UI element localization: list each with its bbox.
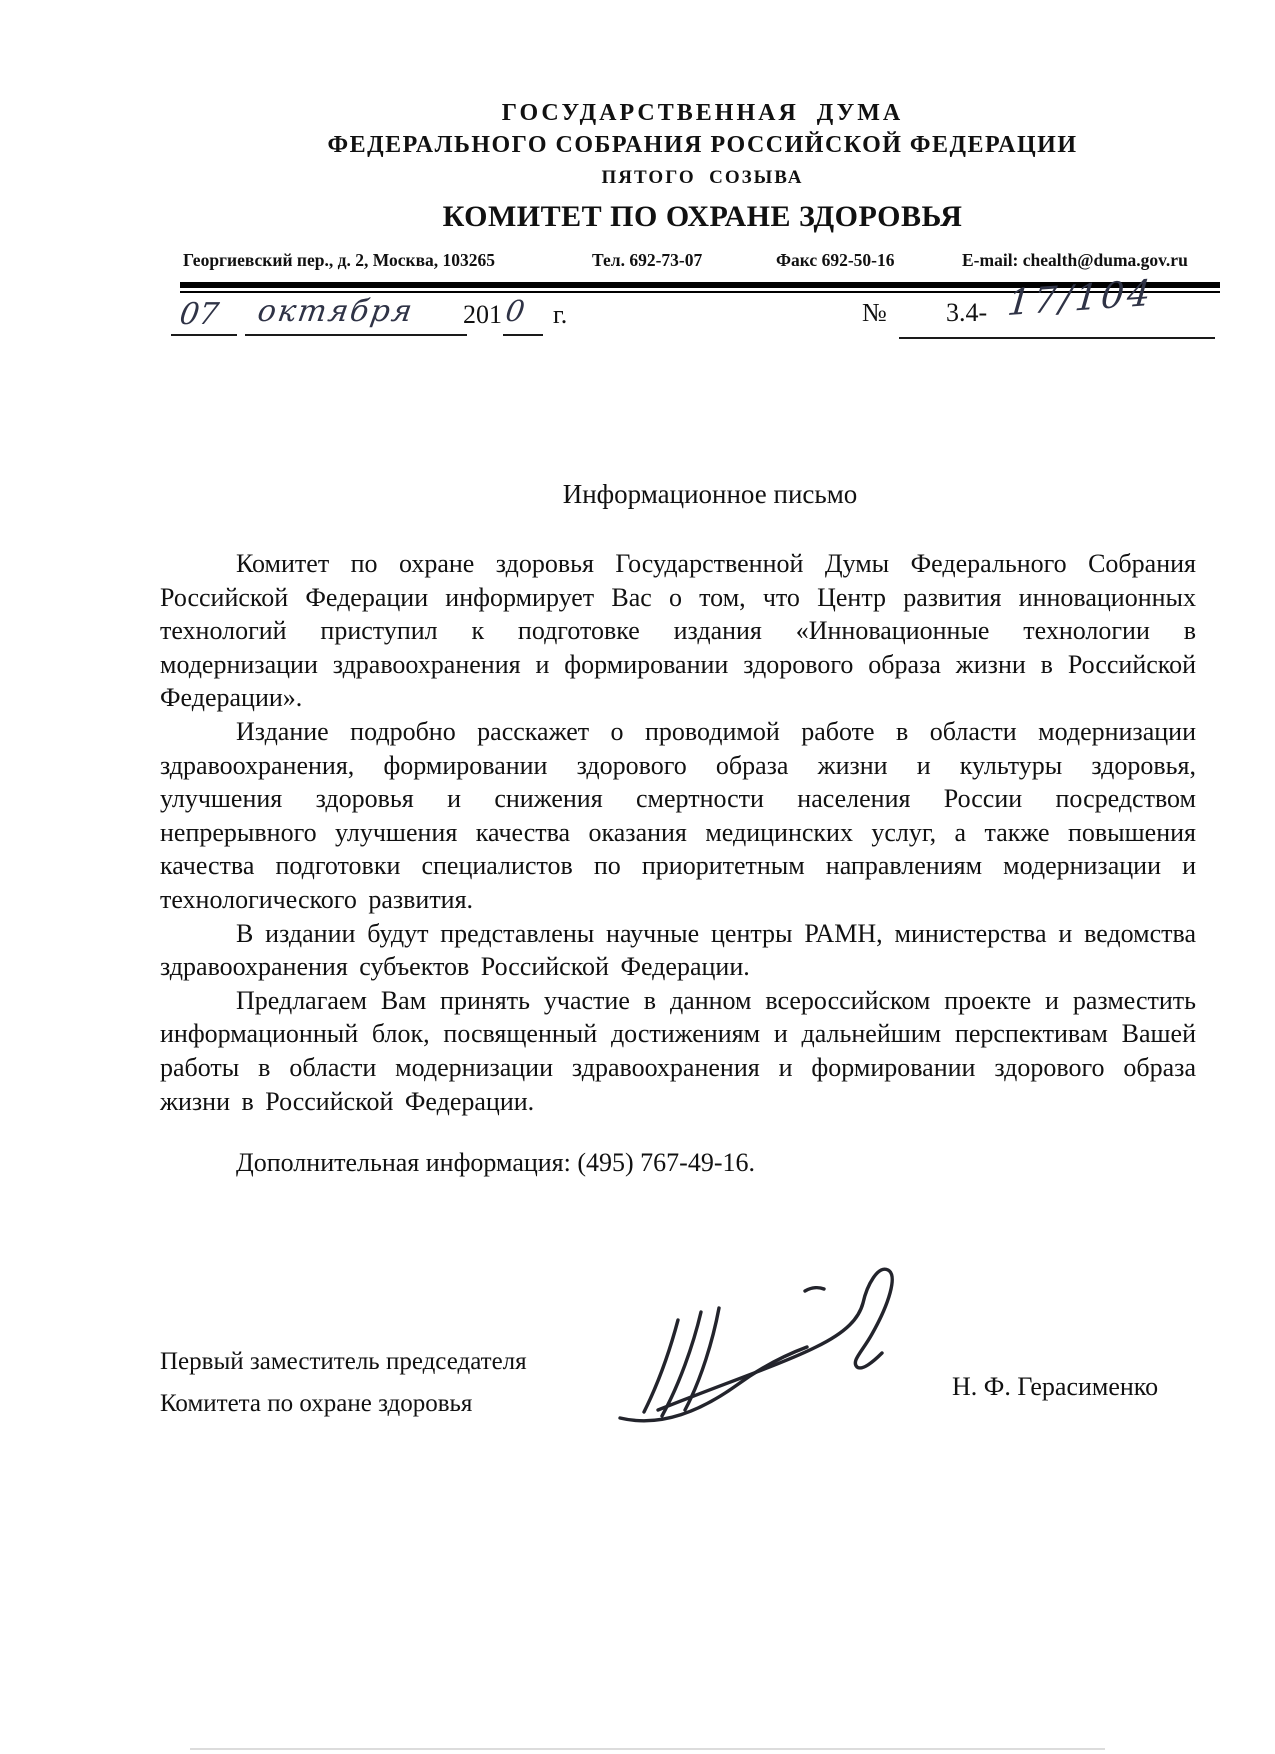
scan-artifact-line — [190, 1748, 1105, 1750]
handwritten-date-month: октября — [255, 294, 416, 329]
number-printed-prefix: 3.4- — [946, 298, 987, 328]
date-underline-year — [503, 334, 543, 336]
letterhead-email: E-mail: chealth@duma.gov.ru — [962, 250, 1188, 271]
signer-position-line1: Первый заместитель председателя — [160, 1348, 527, 1376]
date-underline-day — [171, 334, 237, 336]
number-underline — [899, 337, 1215, 339]
letterhead-fax: Факс 692-50-16 — [776, 250, 894, 271]
year-suffix: г. — [553, 300, 567, 330]
printed-year-prefix: 201 — [463, 300, 502, 330]
convocation-line: ПЯТОГО СОЗЫВА — [165, 167, 1240, 189]
handwritten-year-digit: 0 — [503, 294, 527, 328]
letterhead-address: Георгиевский пер., д. 2, Москва, 103265 — [183, 250, 495, 271]
paragraph-4: Предлагаем Вам принять участие в данном … — [160, 984, 1196, 1118]
org-name-line1: ГОСУДАРСТВЕННАЯ ДУМА — [165, 100, 1240, 127]
number-sign: № — [862, 298, 887, 328]
paragraph-2: Издание подробно расскажет о проводимой … — [160, 715, 1196, 917]
letter-body: Комитет по охране здоровья Государственн… — [160, 547, 1196, 1118]
handwritten-outgoing-number: 17/104 — [1006, 273, 1156, 324]
letter-title: Информационное письмо — [165, 479, 1255, 510]
signer-name: Н. Ф. Герасименко — [952, 1372, 1158, 1402]
scanned-letter-page: ГОСУДАРСТВЕННАЯ ДУМА ФЕДЕРАЛЬНОГО СОБРАН… — [0, 0, 1275, 1754]
letterhead-phone: Тел. 692-73-07 — [592, 250, 702, 271]
paragraph-3: В издании будут представлены научные цен… — [160, 917, 1196, 984]
handwritten-signature-icon — [600, 1258, 970, 1428]
committee-name: КОМИТЕТ ПО ОХРАНЕ ЗДОРОВЬЯ — [165, 200, 1240, 234]
signer-position-line2: Комитета по охране здоровья — [160, 1390, 472, 1418]
contact-note: Дополнительная информация: (495) 767-49-… — [160, 1148, 1196, 1178]
date-underline-month — [245, 334, 467, 336]
org-name-line2: ФЕДЕРАЛЬНОГО СОБРАНИЯ РОССИЙСКОЙ ФЕДЕРАЦ… — [165, 132, 1240, 159]
handwritten-date-day: 07 — [177, 297, 221, 332]
paragraph-1: Комитет по охране здоровья Государственн… — [160, 547, 1196, 715]
